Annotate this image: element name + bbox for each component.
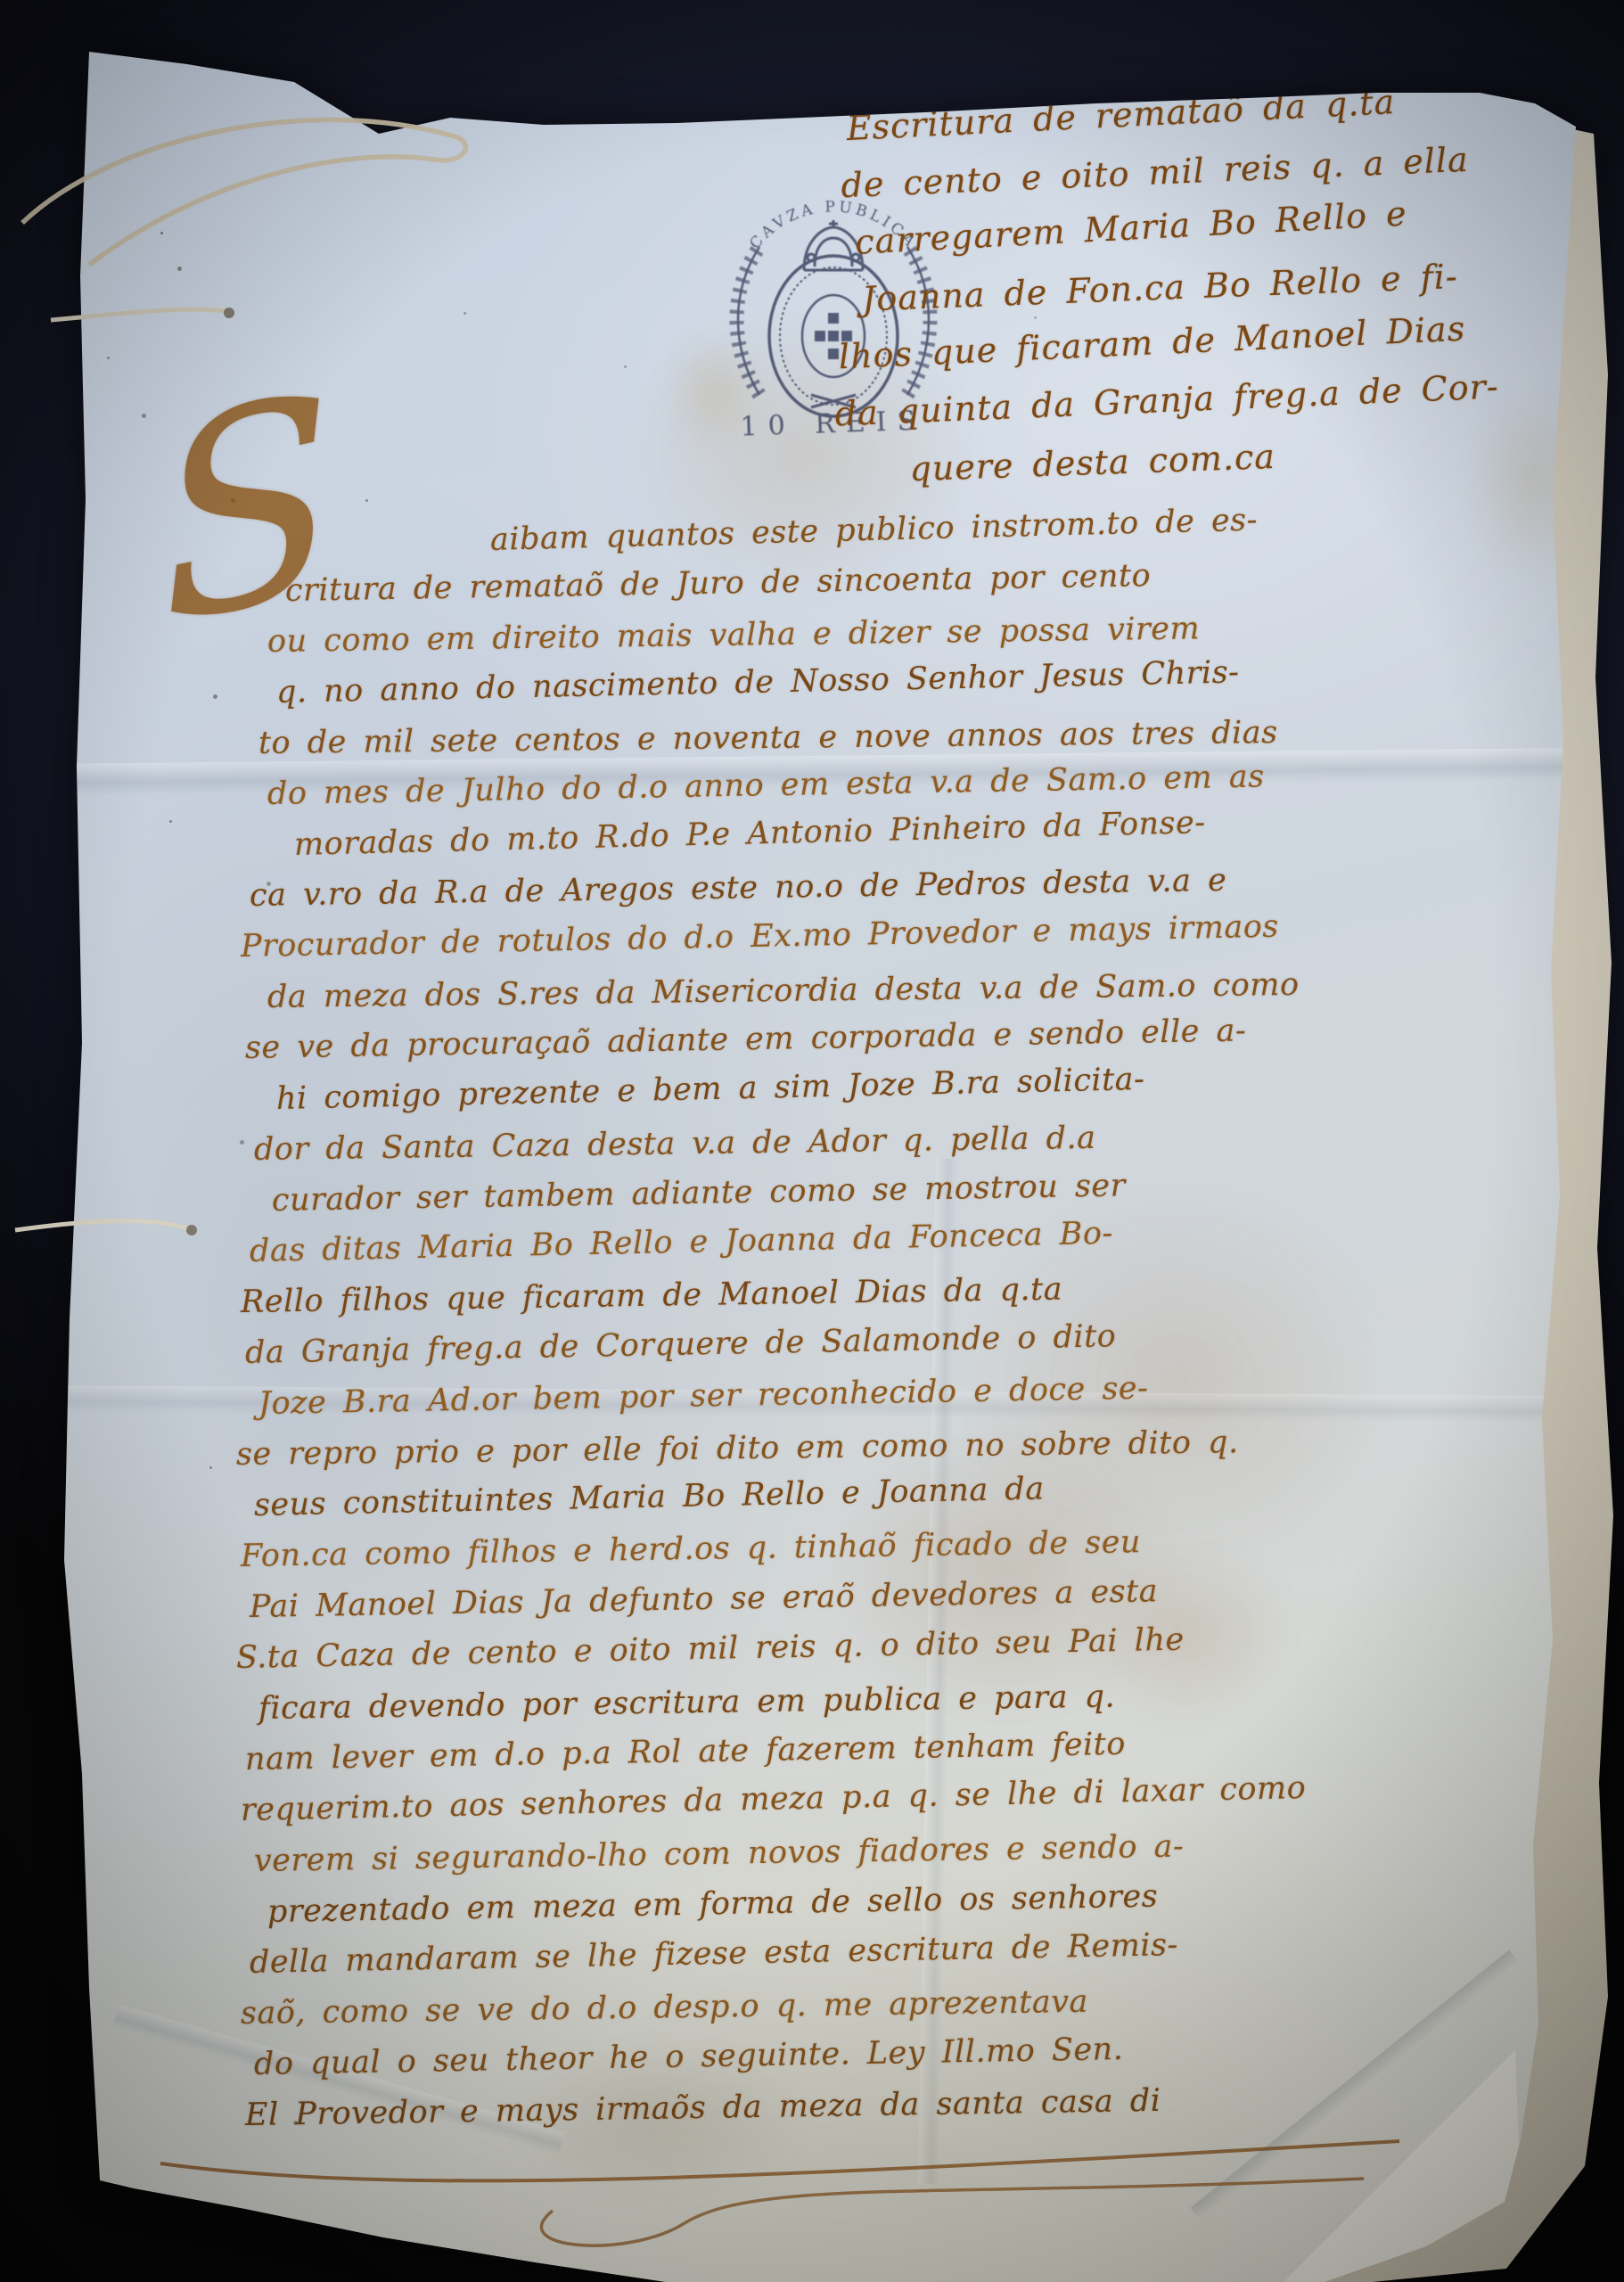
manuscript-page: CAVZA PUBLICA <box>0 0 1624 2282</box>
paper-stack: CAVZA PUBLICA <box>0 0 1624 2282</box>
drop-cap-initial: S <box>150 371 346 652</box>
manuscript-body: aibam quantos este publico instrom.to de… <box>267 515 1515 2141</box>
header-annotation: Escritura de remataõ da q.tade cento e o… <box>846 78 1623 499</box>
foxing-speckles <box>160 232 163 234</box>
signature-flourish <box>134 2123 1471 2257</box>
photo-scene: CAVZA PUBLICA <box>0 0 1624 2282</box>
